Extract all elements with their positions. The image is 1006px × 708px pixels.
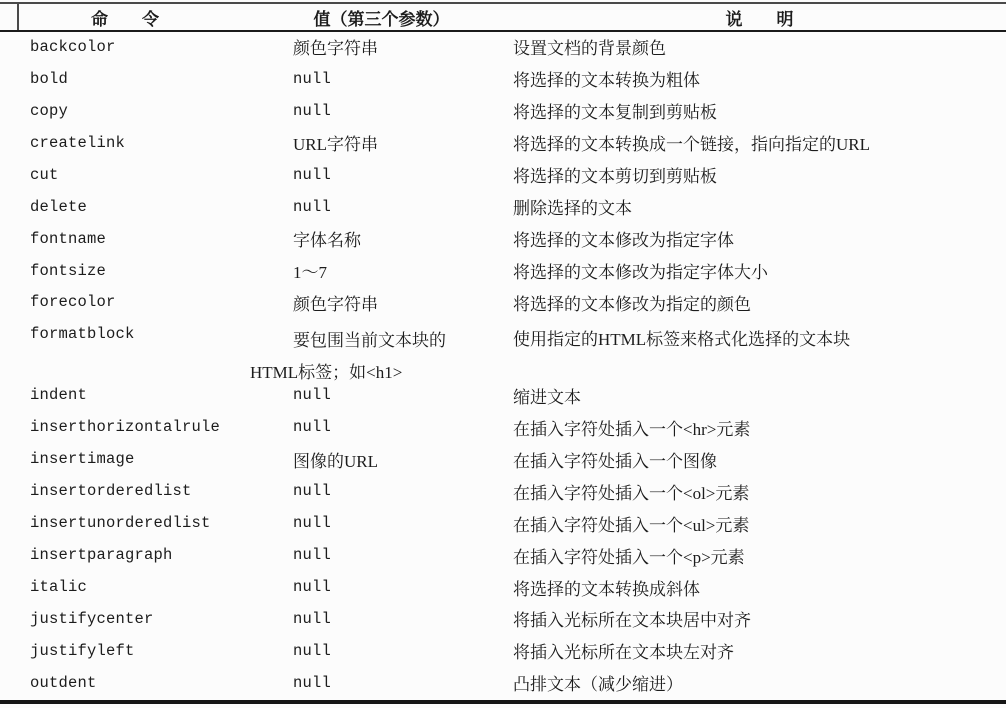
command-cell: insertimage xyxy=(0,450,250,468)
description-cell: 将选择的文本转换成一个链接，指向指定的URL xyxy=(513,130,1006,155)
value-cell: null xyxy=(250,418,513,436)
table-row: justifycenternull将插入光标所在文本块居中对齐 xyxy=(0,604,1006,636)
header-command: 命 令 xyxy=(0,5,250,30)
value-cell: null xyxy=(250,642,513,660)
description-cell: 在插入字符处插入一个<p>元素 xyxy=(513,543,1006,568)
description-cell: 将选择的文本修改为指定的颜色 xyxy=(513,290,1006,315)
value-cell: 颜色字符串 xyxy=(250,34,513,59)
value-cell: null xyxy=(250,546,513,564)
command-cell: fontsize xyxy=(0,262,250,280)
value-cell: null xyxy=(250,102,513,120)
table-row: italicnull将选择的文本转换成斜体 xyxy=(0,572,1006,604)
table-row: justifyleftnull将插入光标所在文本块左对齐 xyxy=(0,636,1006,668)
description-cell: 删除选择的文本 xyxy=(513,194,1006,219)
command-cell: copy xyxy=(0,102,250,120)
value-cell: null xyxy=(250,674,513,692)
description-cell: 凸排文本（减少缩进） xyxy=(513,670,1006,695)
value-cell: 颜色字符串 xyxy=(250,290,513,315)
value-cell: 要包围当前文本块的HTML标签；如<h1> xyxy=(250,319,513,389)
description-cell: 在插入字符处插入一个<hr>元素 xyxy=(513,415,1006,440)
value-cell: null xyxy=(250,198,513,216)
table-row: createlinkURL字符串将选择的文本转换成一个链接，指向指定的URL xyxy=(0,128,1006,160)
command-cell: backcolor xyxy=(0,38,250,56)
description-cell: 缩进文本 xyxy=(513,383,1006,408)
command-cell: bold xyxy=(0,70,250,88)
command-cell: delete xyxy=(0,198,250,216)
description-cell: 将选择的文本转换成斜体 xyxy=(513,575,1006,600)
value-cell: null xyxy=(250,70,513,88)
value-cell: 图像的URL xyxy=(250,447,513,472)
table-row: insertparagraphnull在插入字符处插入一个<p>元素 xyxy=(0,540,1006,572)
value-cell: null xyxy=(250,386,513,404)
command-cell: indent xyxy=(0,386,250,404)
description-cell: 将选择的文本修改为指定字体大小 xyxy=(513,258,1006,283)
table-row: cutnull将选择的文本剪切到剪贴板 xyxy=(0,160,1006,192)
description-cell: 将选择的文本复制到剪贴板 xyxy=(513,98,1006,123)
table-row: insertunorderedlistnull在插入字符处插入一个<ul>元素 xyxy=(0,508,1006,540)
table-row: inserthorizontalrulenull在插入字符处插入一个<hr>元素 xyxy=(0,412,1006,444)
bottom-rule xyxy=(0,700,1006,704)
table-header-row: 命 令 值（第三个参数） 说 明 xyxy=(0,4,1006,32)
value-line: 要包围当前文本块的 xyxy=(293,325,513,357)
command-cell: createlink xyxy=(0,134,250,152)
description-cell: 将插入光标所在文本块居中对齐 xyxy=(513,606,1006,631)
table-row: backcolor颜色字符串设置文档的背景颜色 xyxy=(0,32,1006,64)
value-cell: null xyxy=(250,578,513,596)
value-cell: null xyxy=(250,482,513,500)
description-cell: 在插入字符处插入一个图像 xyxy=(513,447,1006,472)
command-cell: formatblock xyxy=(0,319,250,343)
header-description: 说 明 xyxy=(513,5,1006,30)
commands-table: 命 令 值（第三个参数） 说 明 backcolor颜色字符串设置文档的背景颜色… xyxy=(0,4,1006,700)
command-cell: cut xyxy=(0,166,250,184)
table-row: fontname字体名称将选择的文本修改为指定字体 xyxy=(0,224,1006,256)
value-cell: null xyxy=(250,514,513,532)
header-value: 值（第三个参数） xyxy=(250,5,513,30)
table-row: boldnull将选择的文本转换为粗体 xyxy=(0,64,1006,96)
table-row: outdentnull凸排文本（减少缩进） xyxy=(0,668,1006,700)
command-cell: justifyleft xyxy=(0,642,250,660)
table-row: fontsize1～7将选择的文本修改为指定字体大小 xyxy=(0,256,1006,288)
command-cell: outdent xyxy=(0,674,250,692)
description-cell: 将选择的文本剪切到剪贴板 xyxy=(513,162,1006,187)
description-cell: 在插入字符处插入一个<ol>元素 xyxy=(513,479,1006,504)
command-cell: insertorderedlist xyxy=(0,482,250,500)
value-cell: null xyxy=(250,166,513,184)
description-cell: 使用指定的HTML标签来格式化选择的文本块 xyxy=(513,319,1006,350)
table-row: deletenull删除选择的文本 xyxy=(0,192,1006,224)
value-line: HTML标签；如<h1> xyxy=(250,357,513,389)
value-cell: URL字符串 xyxy=(250,130,513,155)
value-cell: null xyxy=(250,610,513,628)
command-cell: justifycenter xyxy=(0,610,250,628)
command-cell: fontname xyxy=(0,230,250,248)
value-cell: 1～7 xyxy=(250,258,513,283)
description-cell: 将选择的文本转换为粗体 xyxy=(513,66,1006,91)
command-cell: inserthorizontalrule xyxy=(0,418,250,436)
table-row: insertorderedlistnull在插入字符处插入一个<ol>元素 xyxy=(0,476,1006,508)
table-row: insertimage图像的URL在插入字符处插入一个图像 xyxy=(0,444,1006,476)
description-cell: 设置文档的背景颜色 xyxy=(513,34,1006,59)
value-cell: 字体名称 xyxy=(250,226,513,251)
command-cell: insertunorderedlist xyxy=(0,514,250,532)
command-cell: forecolor xyxy=(0,293,250,311)
description-cell: 在插入字符处插入一个<ul>元素 xyxy=(513,511,1006,536)
table-row: copynull将选择的文本复制到剪贴板 xyxy=(0,96,1006,128)
description-cell: 将选择的文本修改为指定字体 xyxy=(513,226,1006,251)
command-reference-table-page: 命 令 值（第三个参数） 说 明 backcolor颜色字符串设置文档的背景颜色… xyxy=(0,0,1006,708)
table-row: forecolor颜色字符串将选择的文本修改为指定的颜色 xyxy=(0,288,1006,320)
table-row: formatblock要包围当前文本块的HTML标签；如<h1>使用指定的HTM… xyxy=(0,319,1006,380)
table-body: backcolor颜色字符串设置文档的背景颜色boldnull将选择的文本转换为… xyxy=(0,32,1006,700)
command-cell: italic xyxy=(0,578,250,596)
description-cell: 将插入光标所在文本块左对齐 xyxy=(513,638,1006,663)
command-cell: insertparagraph xyxy=(0,546,250,564)
